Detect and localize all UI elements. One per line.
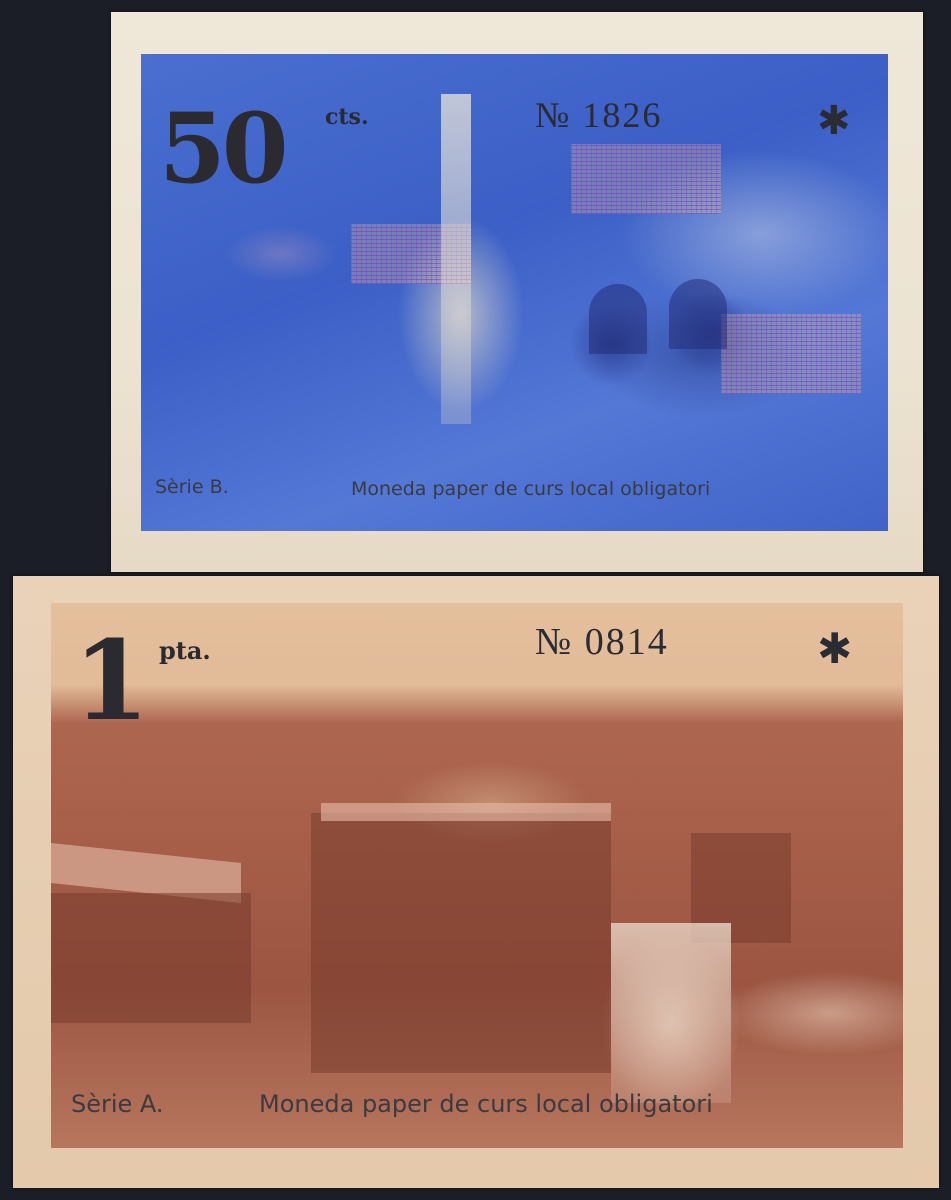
banknote-50-cts: 50 cts. № 1826 ✱ Sèrie B. Moneda paper d… [111, 12, 923, 572]
star-icon: ✱ [817, 98, 851, 144]
building [311, 813, 611, 1073]
overprint-hatch [721, 314, 861, 394]
legal-tender-legend: Moneda paper de curs local obligatori [351, 478, 710, 500]
serial-number: № 1826 [535, 94, 662, 136]
serial-prefix: № [535, 621, 573, 663]
series-label: Sèrie B. [155, 476, 229, 498]
bridge-arch [669, 279, 727, 349]
denomination-unit: pta. [159, 636, 211, 665]
banknote-image-field [51, 603, 903, 1148]
waterfall [441, 94, 471, 424]
legal-tender-legend: Moneda paper de curs local obligatori [259, 1090, 713, 1118]
series-label: Sèrie A. [71, 1090, 164, 1118]
star-icon: ✱ [817, 624, 852, 673]
denomination-value: 1 [73, 616, 146, 745]
overprint-hatch [571, 144, 721, 214]
banknote-1-pta: 1 pta. № 0814 ✱ Sèrie A. Moneda paper de… [13, 576, 939, 1188]
serial-digits: 1826 [582, 95, 662, 135]
building-roof [321, 803, 611, 821]
weir-waterfall [611, 923, 731, 1103]
serial-prefix: № [535, 95, 571, 135]
denomination-unit: cts. [325, 104, 369, 130]
shed [51, 893, 251, 1023]
serial-number: № 0814 [535, 620, 669, 664]
bridge-arch [589, 284, 647, 354]
denomination-value: 50 [159, 92, 285, 205]
serial-digits: 0814 [585, 621, 669, 663]
